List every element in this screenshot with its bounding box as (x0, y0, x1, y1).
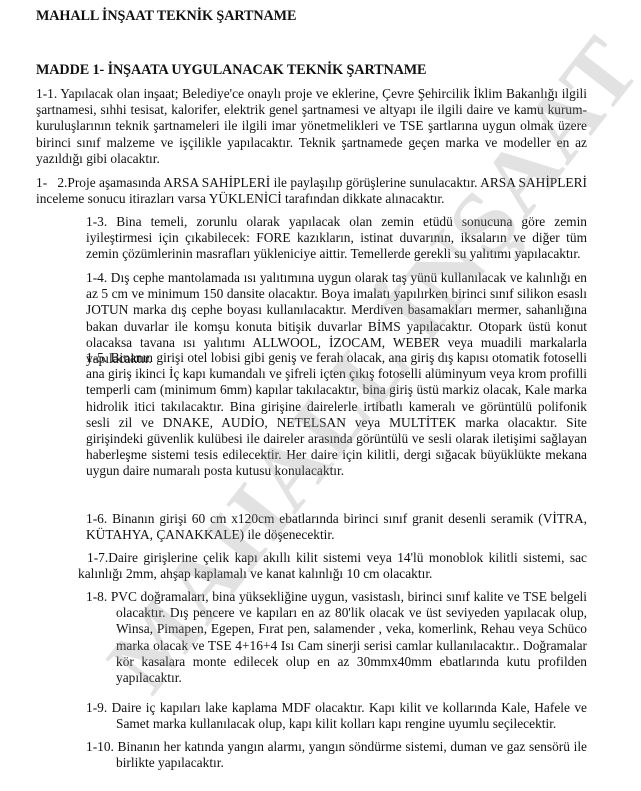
document-title: MAHALL İNŞAAT TEKNİK ŞARTNAME (36, 8, 296, 25)
paragraph-1-9: 1-9. Daire iç kapıları lake kaplama MDF … (116, 700, 587, 732)
section-heading: MADDE 1- İNŞAATA UYGULANACAK TEKNİK ŞART… (36, 62, 426, 79)
paragraph-1-1: 1-1. Yapılacak olan inşaat; Belediye'ce … (36, 86, 587, 167)
paragraph-1-5: 1-5. Binanın girişi otel lobisi gibi gen… (86, 350, 587, 480)
paragraph-1-2: 1- 2.Proje aşamasında ARSA SAHİPLERİ ile… (36, 175, 587, 207)
paragraph-1-8: 1-8. PVC doğramaları, bina yüksekliğine … (116, 589, 587, 686)
document-page: MAHALL İNŞAAT TEKNİK ŞARTNAME MADDE 1- İ… (0, 0, 641, 791)
paragraph-1-7: 1-7.Daire girişlerine çelik kapı akıllı … (78, 550, 587, 582)
paragraph-1-6: 1-6. Binanın girişi 60 cm x120cm ebatlar… (86, 511, 587, 543)
paragraph-1-10: 1-10. Binanın her katında yangın alarmı,… (116, 739, 587, 771)
paragraph-1-3: 1-3. Bina temeli, zorunlu olarak yapılac… (86, 214, 587, 263)
